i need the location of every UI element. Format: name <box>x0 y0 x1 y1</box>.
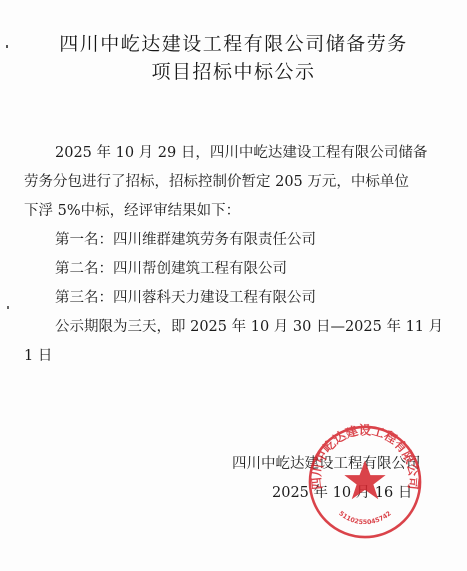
document-title-line-1: 四川中屹达建设工程有限公司储备劳务 <box>0 29 467 56</box>
document-title-line-2: 项目招标中标公示 <box>0 57 467 84</box>
company-seal-stamp-icon: 四川中屹达建设工程有限公司 5110255045742 <box>306 423 424 541</box>
document-page: 四川中屹达建设工程有限公司储备劳务 项目招标中标公示 2025 年 10 月 2… <box>0 0 467 571</box>
ranking-third: 第三名：四川蓉科天力建设工程有限公司 <box>55 284 467 313</box>
svg-text:5110255045742: 5110255045742 <box>337 509 393 526</box>
ranking-label: 第三名： <box>55 290 113 306</box>
ranking-second: 第二名：四川帮创建筑工程有限公司 <box>55 255 467 284</box>
body-paragraph-1-line-1: 2025 年 10 月 29 日，四川中屹达建设工程有限公司储备 <box>55 139 467 168</box>
ranking-label: 第一名： <box>55 232 113 248</box>
publicity-period-line-1: 公示期限为三天，即 2025 年 10 月 30 日—2025 年 11 月 <box>55 313 467 342</box>
ranking-label: 第二名： <box>55 261 113 277</box>
publicity-period-line-2: 1 日 <box>24 342 444 371</box>
ranking-company: 四川维群建筑劳务有限责任公司 <box>113 232 316 248</box>
ranking-company: 四川帮创建筑工程有限公司 <box>113 261 287 277</box>
ranking-first: 第一名：四川维群建筑劳务有限责任公司 <box>55 226 467 255</box>
body-paragraph-1-line-2: 劳务分包进行了招标，招标控制价暂定 205 万元，中标单位 <box>24 168 444 197</box>
body-paragraph-1-line-3: 下浮 5%中标，经评审结果如下： <box>24 197 444 226</box>
ranking-company: 四川蓉科天力建设工程有限公司 <box>113 290 316 306</box>
scan-speck <box>7 306 9 309</box>
